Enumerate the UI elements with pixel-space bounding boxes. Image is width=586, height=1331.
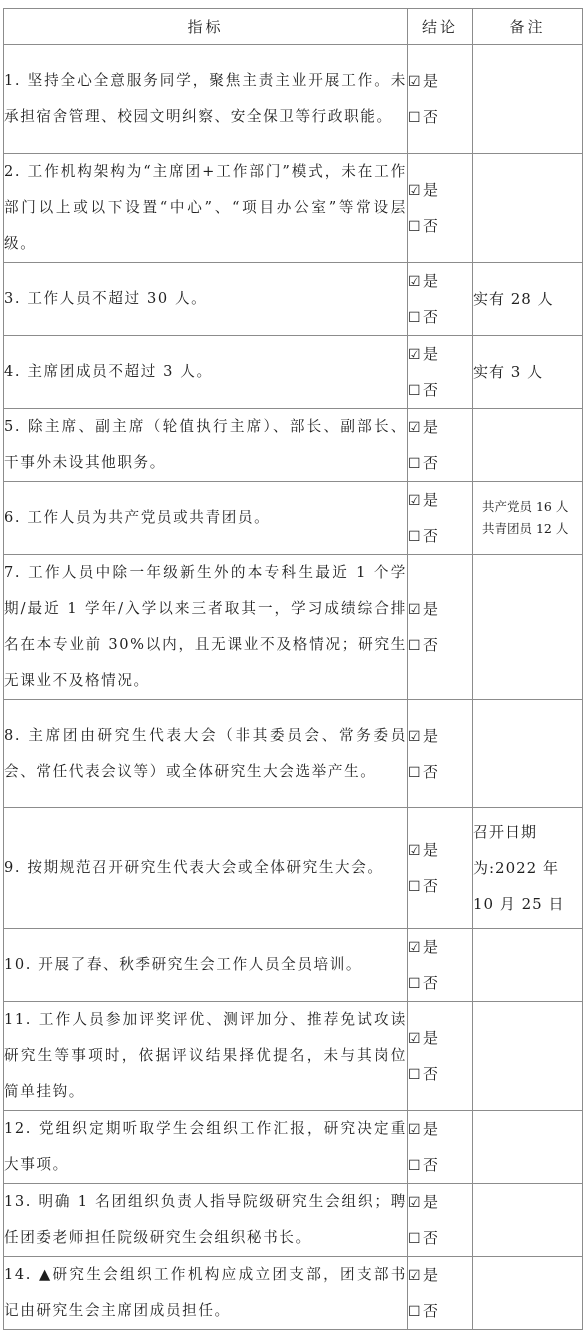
table-row: 13. 明确 1 名团组织负责人指导院级研究生会组织；聘任团委老师担任院级研究生…: [4, 1184, 583, 1257]
indicator-cell: 4. 主席团成员不超过 3 人。: [4, 336, 408, 409]
option-no-label: 否: [423, 877, 438, 895]
option-no[interactable]: ☐否: [408, 445, 472, 481]
header-indicator: 指标: [4, 9, 408, 45]
checkbox-no-icon[interactable]: ☐: [408, 519, 423, 555]
conclusion-cell: ☑是 ☐否: [408, 154, 473, 263]
option-no-label: 否: [423, 108, 438, 126]
checkbox-yes-icon[interactable]: ☑: [408, 483, 423, 519]
conclusion-cell: ☑是 ☐否: [408, 336, 473, 409]
remarks-cell: [473, 929, 583, 1002]
indicator-cell: 14. ▲研究生会组织工作机构应成立团支部，团支部书记由研究生会主席团成员担任。: [4, 1257, 408, 1330]
option-no[interactable]: ☐否: [408, 1056, 472, 1092]
option-yes-label: 是: [423, 1029, 438, 1047]
conclusion-cell: ☑是 ☐否: [408, 808, 473, 929]
option-no[interactable]: ☐否: [408, 1220, 472, 1256]
checkbox-no-icon[interactable]: ☐: [408, 446, 423, 482]
option-yes-label: 是: [423, 72, 438, 90]
checkbox-yes-icon[interactable]: ☑: [408, 64, 423, 100]
conclusion-cell: ☑是 ☐否: [408, 263, 473, 336]
conclusion-cell: ☑是 ☐否: [408, 1002, 473, 1111]
remark-text: 共产党员 16 人: [482, 496, 582, 518]
indicator-cell: 5. 除主席、副主席（轮值执行主席）、部长、副部长、干事外未设其他职务。: [4, 409, 408, 482]
conclusion-cell: ☑是 ☐否: [408, 555, 473, 700]
remarks-cell: 共产党员 16 人共青团员 12 人: [473, 482, 583, 555]
checkbox-no-icon[interactable]: ☐: [408, 300, 423, 336]
remark-text: 共青团员 12 人: [482, 518, 582, 540]
checkbox-yes-icon[interactable]: ☑: [408, 1112, 423, 1148]
header-remarks: 备注: [473, 9, 583, 45]
table-row: 6. 工作人员为共产党员或共青团员。 ☑是 ☐否 共产党员 16 人共青团员 1…: [4, 482, 583, 555]
table-row: 14. ▲研究生会组织工作机构应成立团支部，团支部书记由研究生会主席团成员担任。…: [4, 1257, 583, 1330]
checkbox-no-icon[interactable]: ☐: [408, 869, 423, 905]
option-yes[interactable]: ☑是: [408, 63, 472, 99]
checkbox-no-icon[interactable]: ☐: [408, 209, 423, 245]
table-row: 11. 工作人员参加评奖评优、测评加分、推荐免试攻读研究生等事项时，依据评议结果…: [4, 1002, 583, 1111]
header-row: 指标 结论 备注: [4, 9, 583, 45]
option-yes-label: 是: [423, 600, 438, 618]
checkbox-yes-icon[interactable]: ☑: [408, 930, 423, 966]
option-no[interactable]: ☐否: [408, 1147, 472, 1183]
option-yes-label: 是: [423, 345, 438, 363]
checkbox-no-icon[interactable]: ☐: [408, 1221, 423, 1257]
table-row: 2. 工作机构架构为“主席团+工作部门”模式，未在工作部门以上或以下设置“中心”…: [4, 154, 583, 263]
option-yes[interactable]: ☑是: [408, 172, 472, 208]
table-row: 8. 主席团由研究生代表大会（非其委员会、常务委员会、常任代表会议等）或全体研究…: [4, 700, 583, 808]
remarks-cell: [473, 1184, 583, 1257]
option-no[interactable]: ☐否: [408, 754, 472, 790]
remarks-cell: [473, 154, 583, 263]
option-yes-label: 是: [423, 1193, 438, 1211]
checkbox-yes-icon[interactable]: ☑: [408, 1258, 423, 1294]
option-no-label: 否: [423, 527, 438, 545]
option-no[interactable]: ☐否: [408, 1293, 472, 1329]
remarks-cell: [473, 700, 583, 808]
table-row: 3. 工作人员不超过 30 人。 ☑是 ☐否 实有 28 人: [4, 263, 583, 336]
checkbox-yes-icon[interactable]: ☑: [408, 410, 423, 446]
checkbox-yes-icon[interactable]: ☑: [408, 1185, 423, 1221]
checkbox-yes-icon[interactable]: ☑: [408, 719, 423, 755]
indicator-cell: 3. 工作人员不超过 30 人。: [4, 263, 408, 336]
remark-text: 实有 28 人: [473, 281, 582, 317]
indicator-cell: 11. 工作人员参加评奖评优、测评加分、推荐免试攻读研究生等事项时，依据评议结果…: [4, 1002, 408, 1111]
indicator-cell: 1. 坚持全心全意服务同学，聚焦主责主业开展工作。未承担宿舍管理、校园文明纠察、…: [4, 45, 408, 154]
remarks-cell: [473, 409, 583, 482]
remarks-cell: 实有 28 人: [473, 263, 583, 336]
option-yes-label: 是: [423, 938, 438, 956]
option-no[interactable]: ☐否: [408, 965, 472, 1001]
option-yes-label: 是: [423, 491, 438, 509]
indicator-cell: 9. 按期规范召开研究生代表大会或全体研究生大会。: [4, 808, 408, 929]
remarks-cell: [473, 1002, 583, 1111]
option-yes[interactable]: ☑是: [408, 1111, 472, 1147]
option-no-label: 否: [423, 1302, 438, 1320]
conclusion-cell: ☑是 ☐否: [408, 482, 473, 555]
option-yes[interactable]: ☑是: [408, 1184, 472, 1220]
checkbox-yes-icon[interactable]: ☑: [408, 592, 423, 628]
option-yes-label: 是: [423, 1266, 438, 1284]
option-yes[interactable]: ☑是: [408, 1020, 472, 1056]
option-yes[interactable]: ☑是: [408, 591, 472, 627]
indicator-cell: 13. 明确 1 名团组织负责人指导院级研究生会组织；聘任团委老师担任院级研究生…: [4, 1184, 408, 1257]
checkbox-yes-icon[interactable]: ☑: [408, 833, 423, 869]
option-no-label: 否: [423, 381, 438, 399]
remarks-cell: 召开日期为:2022 年 10 月 25 日: [473, 808, 583, 929]
option-no-label: 否: [423, 1065, 438, 1083]
option-yes[interactable]: ☑是: [408, 832, 472, 868]
table-row: 9. 按期规范召开研究生代表大会或全体研究生大会。 ☑是 ☐否 召开日期为:20…: [4, 808, 583, 929]
indicator-cell: 8. 主席团由研究生代表大会（非其委员会、常务委员会、常任代表会议等）或全体研究…: [4, 700, 408, 808]
checkbox-no-icon[interactable]: ☐: [408, 1148, 423, 1184]
table-row: 4. 主席团成员不超过 3 人。 ☑是 ☐否 实有 3 人: [4, 336, 583, 409]
header-conclusion: 结论: [408, 9, 473, 45]
indicator-cell: 10. 开展了春、秋季研究生会工作人员全员培训。: [4, 929, 408, 1002]
option-no[interactable]: ☐否: [408, 299, 472, 335]
checkbox-no-icon[interactable]: ☐: [408, 1294, 423, 1330]
checkbox-no-icon[interactable]: ☐: [408, 100, 423, 136]
checkbox-yes-icon[interactable]: ☑: [408, 173, 423, 209]
option-yes[interactable]: ☑是: [408, 263, 472, 299]
conclusion-cell: ☑是 ☐否: [408, 1257, 473, 1330]
option-no[interactable]: ☐否: [408, 627, 472, 663]
option-no-label: 否: [423, 454, 438, 472]
conclusion-cell: ☑是 ☐否: [408, 1111, 473, 1184]
option-no-label: 否: [423, 217, 438, 235]
remark-text: 实有 3 人: [473, 354, 582, 390]
checkbox-yes-icon[interactable]: ☑: [408, 337, 423, 373]
indicator-cell: 7. 工作人员中除一年级新生外的本专科生最近 1 个学期/最近 1 学年/入学以…: [4, 555, 408, 700]
remarks-cell: [473, 1111, 583, 1184]
remarks-cell: [473, 1257, 583, 1330]
remarks-cell: [473, 555, 583, 700]
checkbox-yes-icon[interactable]: ☑: [408, 264, 423, 300]
option-yes-label: 是: [423, 1120, 438, 1138]
option-no[interactable]: ☐否: [408, 868, 472, 904]
option-no-label: 否: [423, 1229, 438, 1247]
checkbox-no-icon[interactable]: ☐: [408, 755, 423, 791]
indicator-cell: 2. 工作机构架构为“主席团+工作部门”模式，未在工作部门以上或以下设置“中心”…: [4, 154, 408, 263]
checkbox-no-icon[interactable]: ☐: [408, 966, 423, 1002]
option-yes-label: 是: [423, 181, 438, 199]
checkbox-no-icon[interactable]: ☐: [408, 628, 423, 664]
remarks-cell: [473, 45, 583, 154]
option-no-label: 否: [423, 308, 438, 326]
indicator-cell: 12. 党组织定期听取学生会组织工作汇报，研究决定重大事项。: [4, 1111, 408, 1184]
remark-text: 召开日期为:2022 年 10 月 25 日: [473, 814, 582, 922]
option-yes[interactable]: ☑是: [408, 1257, 472, 1293]
checkbox-yes-icon[interactable]: ☑: [408, 1021, 423, 1057]
table-row: 12. 党组织定期听取学生会组织工作汇报，研究决定重大事项。 ☑是 ☐否: [4, 1111, 583, 1184]
checklist-table: 指标 结论 备注 1. 坚持全心全意服务同学，聚焦主责主业开展工作。未承担宿舍管…: [3, 8, 583, 1330]
table-body: 1. 坚持全心全意服务同学，聚焦主责主业开展工作。未承担宿舍管理、校园文明纠察、…: [4, 45, 583, 1330]
option-yes-label: 是: [423, 727, 438, 745]
conclusion-cell: ☑是 ☐否: [408, 45, 473, 154]
option-yes[interactable]: ☑是: [408, 929, 472, 965]
option-yes-label: 是: [423, 841, 438, 859]
option-no-label: 否: [423, 1156, 438, 1174]
option-yes[interactable]: ☑是: [408, 718, 472, 754]
conclusion-cell: ☑是 ☐否: [408, 700, 473, 808]
option-yes[interactable]: ☑是: [408, 482, 472, 518]
indicator-cell: 6. 工作人员为共产党员或共青团员。: [4, 482, 408, 555]
option-no-label: 否: [423, 763, 438, 781]
option-no[interactable]: ☐否: [408, 208, 472, 244]
option-no-label: 否: [423, 636, 438, 654]
option-no[interactable]: ☐否: [408, 518, 472, 554]
option-no-label: 否: [423, 974, 438, 992]
option-no[interactable]: ☐否: [408, 372, 472, 408]
table-row: 5. 除主席、副主席（轮值执行主席）、部长、副部长、干事外未设其他职务。 ☑是 …: [4, 409, 583, 482]
remarks-cell: 实有 3 人: [473, 336, 583, 409]
checkbox-no-icon[interactable]: ☐: [408, 1057, 423, 1093]
table-row: 7. 工作人员中除一年级新生外的本专科生最近 1 个学期/最近 1 学年/入学以…: [4, 555, 583, 700]
table-row: 10. 开展了春、秋季研究生会工作人员全员培训。 ☑是 ☐否: [4, 929, 583, 1002]
conclusion-cell: ☑是 ☐否: [408, 929, 473, 1002]
option-yes[interactable]: ☑是: [408, 409, 472, 445]
option-no[interactable]: ☐否: [408, 99, 472, 135]
conclusion-cell: ☑是 ☐否: [408, 409, 473, 482]
option-yes-label: 是: [423, 418, 438, 436]
option-yes[interactable]: ☑是: [408, 336, 472, 372]
option-yes-label: 是: [423, 272, 438, 290]
table-row: 1. 坚持全心全意服务同学，聚焦主责主业开展工作。未承担宿舍管理、校园文明纠察、…: [4, 45, 583, 154]
conclusion-cell: ☑是 ☐否: [408, 1184, 473, 1257]
checkbox-no-icon[interactable]: ☐: [408, 373, 423, 409]
